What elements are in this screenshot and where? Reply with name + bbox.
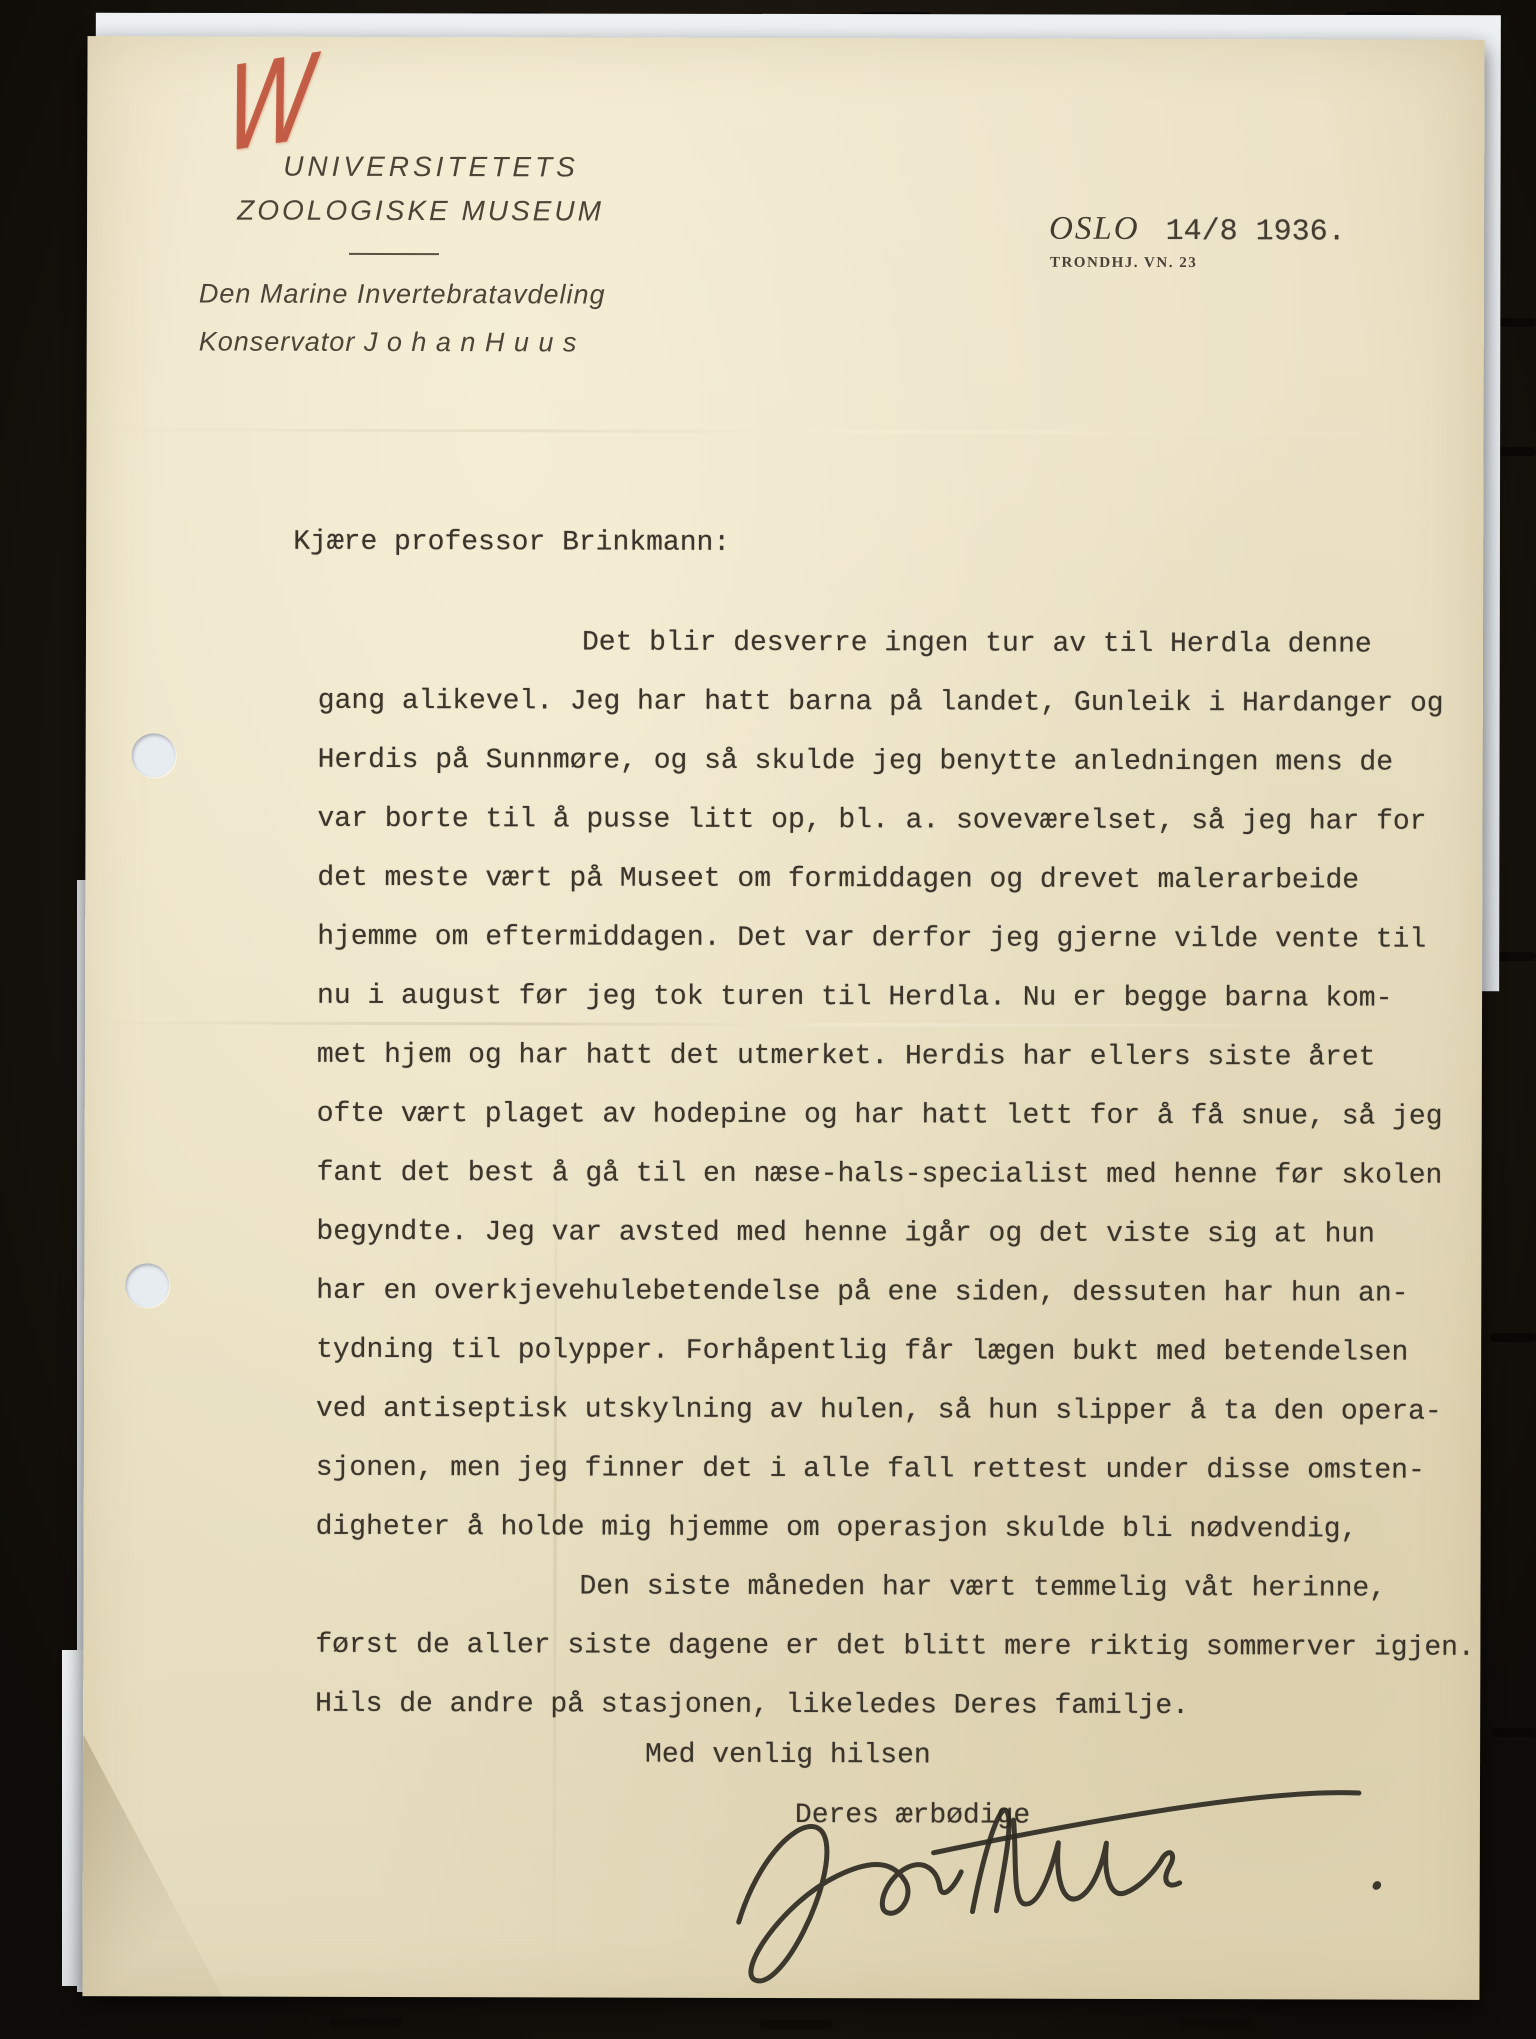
salutation: Kjære professor Brinkmann: <box>293 527 730 559</box>
body-line: Herdis på Sunnmøre, og så skulde jeg ben… <box>318 745 1493 807</box>
body-line: tydning til polypper. Forhåpentlig får l… <box>316 1335 1491 1397</box>
body-line: met hjem og har hatt det utmerket. Herdi… <box>317 1040 1492 1102</box>
punch-hole <box>125 1263 169 1307</box>
body-line: fant det best å gå til en næse-hals-spec… <box>316 1158 1491 1220</box>
body-line: Den siste måneden har vært temmelig våt … <box>315 1571 1490 1633</box>
body-line: var borte til å pusse litt op, bl. a. so… <box>317 804 1492 866</box>
body-line: Det blir desverre ingen tur av til Herdl… <box>318 627 1493 689</box>
folded-corner <box>82 1734 223 1996</box>
body-line: begyndte. Jeg var avsted med henne igår … <box>316 1217 1491 1279</box>
body-line: det meste vært på Museet om formiddagen … <box>317 863 1492 925</box>
archive-scan-background: W UNIVERSITETETS ZOOLOGISKE MUSEUM Den M… <box>0 0 1536 2039</box>
body-line: digheter å holde mig hjemme om operasjon… <box>316 1512 1491 1574</box>
body-line: gang alikevel. Jeg har hatt barna på lan… <box>318 686 1493 748</box>
body-line: ved antiseptisk utskylning av hulen, så … <box>316 1394 1491 1456</box>
body-line: ofte vært plaget av hodepine og har hatt… <box>317 1099 1492 1161</box>
dateline-date: 14/8 1936. <box>1166 215 1346 249</box>
letterhead-university: UNIVERSITETETS <box>283 151 579 184</box>
dateline-place: OSLO <box>1049 211 1140 248</box>
body-line: sjonen, men jeg finner det i alle fall r… <box>316 1453 1491 1515</box>
body-line: har en overkjevehulebetendelse på ene si… <box>316 1276 1491 1338</box>
body-line: først de aller siste dagene er det blitt… <box>315 1630 1490 1692</box>
letterhead-curator: Konservator J o h a n H u u s <box>199 326 578 358</box>
signature-johan-huus <box>705 1715 1413 1999</box>
punch-hole <box>132 733 176 777</box>
stitch-mark <box>1490 1333 1536 1342</box>
body-line: hjemme om eftermiddagen. Det var derfor … <box>317 922 1492 984</box>
letter-page: W UNIVERSITETETS ZOOLOGISKE MUSEUM Den M… <box>82 36 1484 2000</box>
body-line: nu i august før jeg tok turen til Herdla… <box>317 981 1492 1043</box>
stitch-mark <box>760 2020 832 2029</box>
dateline: OSLO 14/8 1936. <box>1049 211 1346 250</box>
letterhead-museum: ZOOLOGISKE MUSEUM <box>237 195 604 228</box>
stitch-mark <box>330 2018 402 2027</box>
letterhead-divider <box>349 253 439 255</box>
paper-crease <box>87 428 1484 435</box>
letterhead-address: TRONDHJ. VN. 23 <box>1050 255 1197 272</box>
letterhead-department: Den Marine Invertebratavdeling <box>199 278 606 310</box>
letter-body: Det blir desverre ingen tur av til Herdl… <box>315 627 1493 1751</box>
stitch-mark <box>1492 1728 1536 1737</box>
stitch-mark <box>1180 2018 1252 2027</box>
